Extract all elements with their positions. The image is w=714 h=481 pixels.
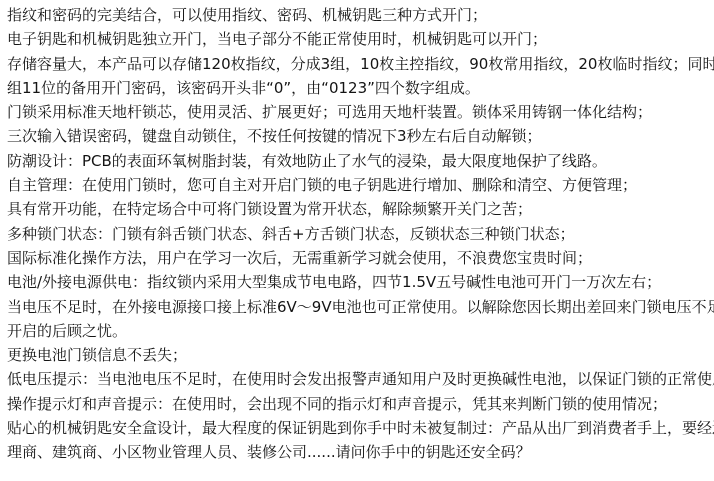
text-line: 电子钥匙和机械钥匙独立开门，当电子部分不能正常使用时，机械钥匙可以开门； [7, 27, 708, 51]
text-line: 防潮设计：PCB的表面环氧树脂封装，有效地防止了水气的浸染，最大限度地保护了线路… [7, 149, 708, 173]
text-line: 操作提示灯和声音提示：在使用时，会出现不同的指示灯和声音提示，凭其来判断门锁的使… [7, 392, 708, 416]
text-line: 存储容量大，本产品可以存储120枚指纹，分成3组，10枚主控指纹，90枚常用指纹… [7, 52, 708, 76]
text-line: 门锁采用标准天地杆锁芯，使用灵活、扩展更好；可选用天地杆装置。锁体采用铸钢一体化… [7, 100, 708, 124]
product-description-text: 指纹和密码的完美结合，可以使用指纹、密码、机械钥匙三种方式开门； 电子钥匙和机械… [0, 0, 714, 481]
text-line: 更换电池门锁信息不丢失； [7, 343, 708, 367]
text-line: 电池/外接电源供电：指纹锁内采用大型集成节电电路，四节1.5V五号碱性电池可开门… [7, 270, 708, 294]
text-line: 多种锁门状态：门锁有斜舌锁门状态、斜舌+方舌锁门状态，反锁状态三种锁门状态； [7, 222, 708, 246]
text-line: 组11位的备用开门密码，该密码开头非“0”，由“0123”四个数字组成。 [7, 76, 708, 100]
text-line: 理商、建筑商、小区物业管理人员、装修公司......请问你手中的钥匙还安全码？ [7, 440, 708, 464]
text-line: 三次输入错误密码，键盘自动锁住，不按任何按键的情况下3秒左右后自动解锁； [7, 124, 708, 148]
text-line: 自主管理：在使用门锁时，您可自主对开启门锁的电子钥匙进行增加、删除和清空、方便管… [7, 173, 708, 197]
text-line: 国际标准化操作方法，用户在学习一次后，无需重新学习就会使用，不浪费您宝贵时间； [7, 246, 708, 270]
text-line: 低电压提示：当电池电压不足时，在使用时会发出报警声通知用户及时更换碱性电池，以保… [7, 367, 708, 391]
text-line: 贴心的机械钥匙安全盒设计，最大程度的保证钥匙到你手中时未被复制过：产品从出厂到消… [7, 416, 708, 440]
text-line: 开启的后顾之忧。 [7, 319, 708, 343]
text-line: 指纹和密码的完美结合，可以使用指纹、密码、机械钥匙三种方式开门； [7, 3, 708, 27]
text-line: 具有常开功能，在特定场合中可将门锁设置为常开状态，解除频繁开关门之苦； [7, 197, 708, 221]
text-line: 当电压不足时，在外接电源接口接上标准6V～9V电池也可正常使用。以解除您因长期出… [7, 295, 708, 319]
